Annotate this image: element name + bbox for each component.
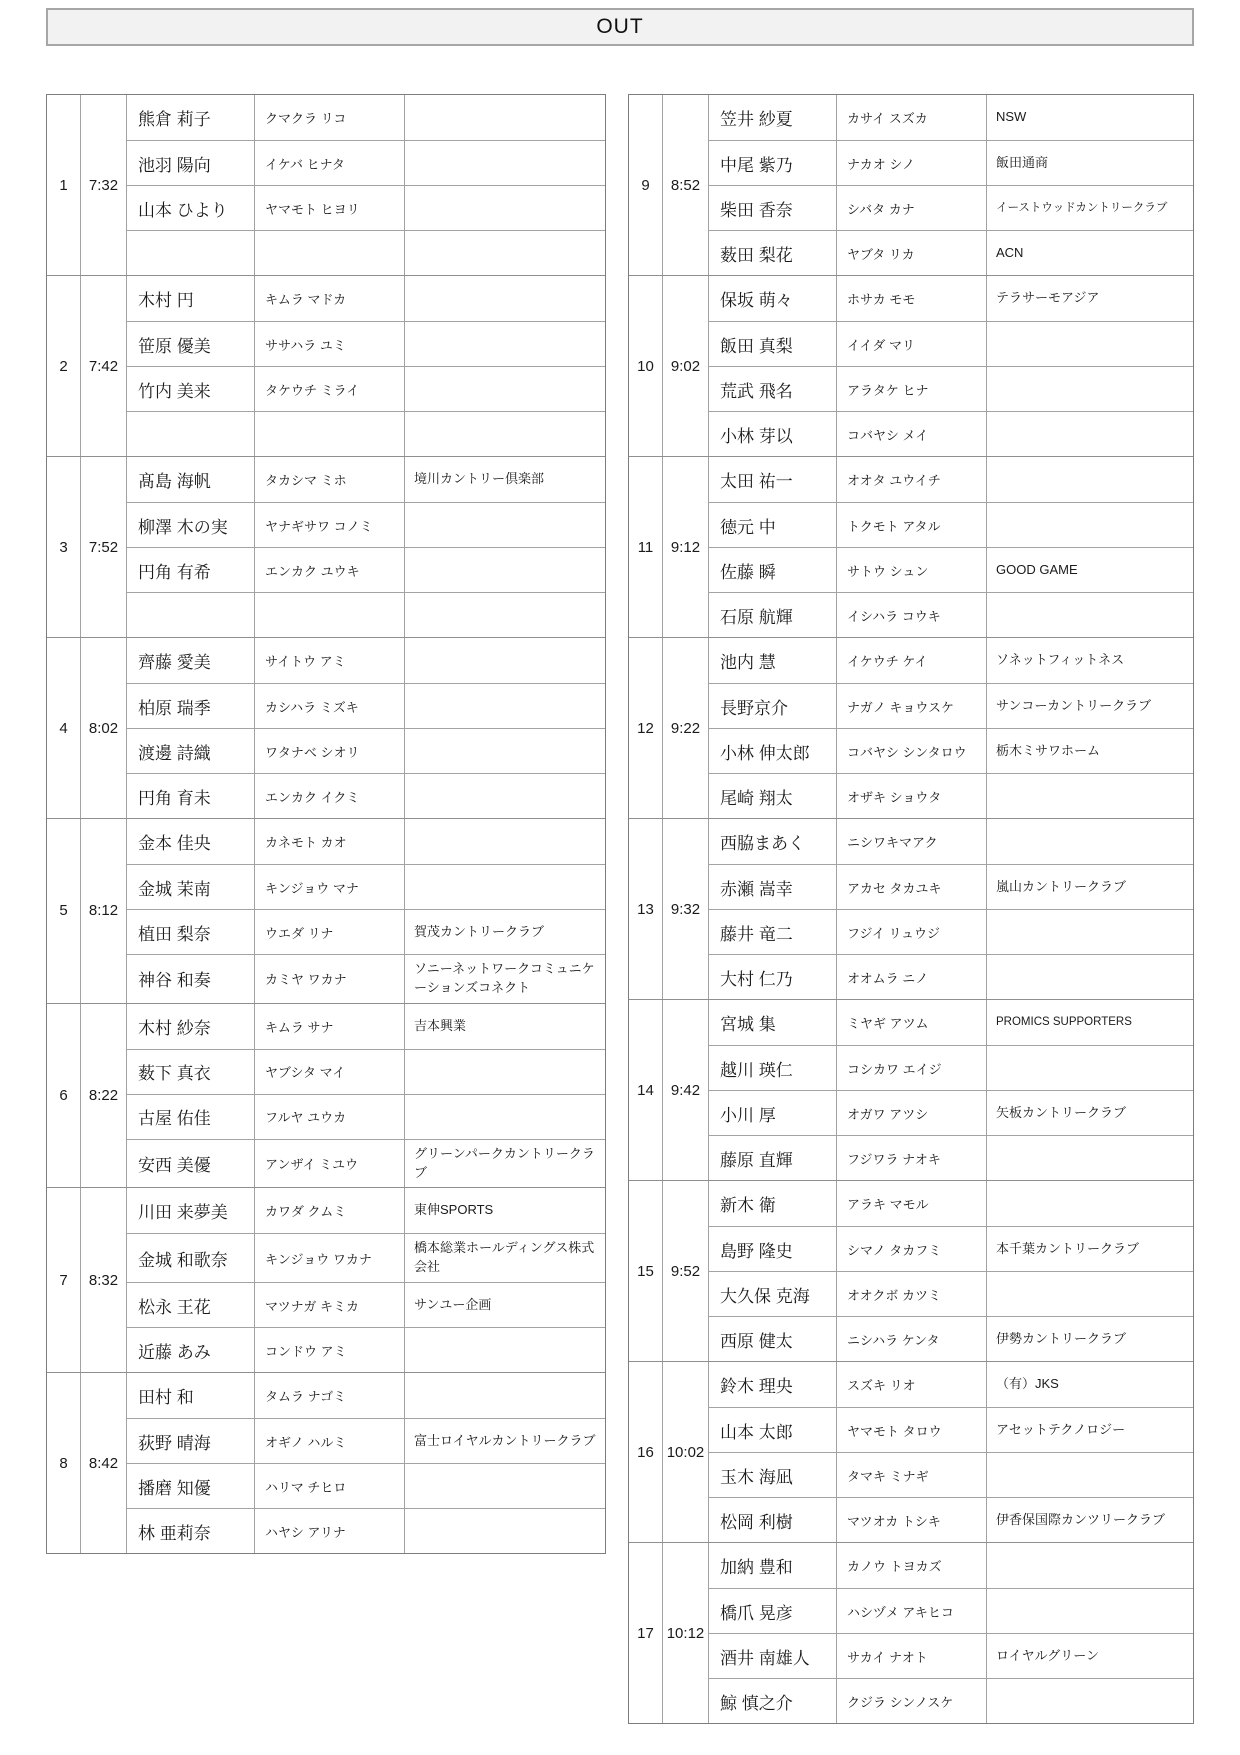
player-kana-cell: ホサカ モモ — [837, 276, 987, 321]
player-name-cell: 神谷 和奏 — [127, 954, 255, 1003]
player-club-cell: アセットテクノロジー — [987, 1407, 1193, 1452]
player-kana-cell: コバヤシ メイ — [837, 411, 987, 456]
player-name-cell: 薮下 真衣 — [127, 1049, 255, 1094]
player-name-cell — [127, 592, 255, 637]
player-club-cell — [987, 1135, 1193, 1180]
player-kana-cell: コバヤシ シンタロウ — [837, 728, 987, 773]
group-number-cell: 9 — [629, 95, 663, 275]
player-kana-cell — [255, 592, 405, 637]
tee-sheet-page: OUT 17:32熊倉 莉子クマクラ リコ池羽 陽向イケバ ヒナタ山本 ひよりヤ… — [0, 0, 1240, 1755]
player-club-cell: ACN — [987, 230, 1193, 275]
group-time-cell: 7:52 — [81, 457, 127, 637]
player-club-cell: ソネットフィットネス — [987, 638, 1193, 683]
player-name-cell: 藤井 竜二 — [709, 909, 837, 954]
player-kana-cell: アラタケ ヒナ — [837, 366, 987, 411]
player-name-cell: 鯨 慎之介 — [709, 1678, 837, 1723]
player-kana-cell: コンドウ アミ — [255, 1327, 405, 1372]
player-club-cell: PROMICS SUPPORTERS — [987, 1000, 1193, 1045]
tee-group-4: 48:02齊藤 愛美サイトウ アミ柏原 瑞季カシハラ ミズキ渡邊 詩織ワタナベ … — [47, 637, 605, 818]
player-name-cell: 藤原 直輝 — [709, 1135, 837, 1180]
player-kana-cell — [255, 411, 405, 456]
player-club-cell — [987, 502, 1193, 547]
group-time-cell: 7:42 — [81, 276, 127, 456]
player-club-cell — [987, 1452, 1193, 1497]
player-club-cell — [405, 230, 605, 275]
player-kana-cell: エンカク イクミ — [255, 773, 405, 818]
player-kana-cell: トクモト アタル — [837, 502, 987, 547]
player-name-cell: 笹原 優美 — [127, 321, 255, 366]
player-kana-cell: オザキ ショウタ — [837, 773, 987, 818]
player-club-cell — [405, 1508, 605, 1553]
player-club-cell — [987, 1678, 1193, 1723]
player-club-cell — [987, 457, 1193, 502]
player-name-cell: 荒武 飛名 — [709, 366, 837, 411]
group-time-cell: 8:22 — [81, 1004, 127, 1188]
tee-group-14: 149:42宮城 集ミヤギ アツムPROMICS SUPPORTERS越川 瑛仁… — [629, 999, 1193, 1180]
player-name-cell: 安西 美優 — [127, 1139, 255, 1188]
player-kana-cell: シバタ カナ — [837, 185, 987, 230]
player-club-cell — [405, 276, 605, 321]
player-kana-cell: シマノ タカフミ — [837, 1226, 987, 1271]
player-club-cell — [987, 1543, 1193, 1588]
player-name-cell: 玉木 海凪 — [709, 1452, 837, 1497]
player-club-cell — [405, 95, 605, 140]
group-number-cell: 1 — [47, 95, 81, 275]
player-kana-cell: ニシハラ ケンタ — [837, 1316, 987, 1361]
player-kana-cell: ヤマモト ヒヨリ — [255, 185, 405, 230]
player-kana-cell: カサイ スズカ — [837, 95, 987, 140]
player-kana-cell: ハシヅメ アキヒコ — [837, 1588, 987, 1633]
tee-group-13: 139:32西脇まあくニシワキマアク赤瀬 嵩幸アカセ タカユキ嵐山カントリークラ… — [629, 818, 1193, 999]
player-kana-cell: ニシワキマアク — [837, 819, 987, 864]
player-kana-cell: サカイ ナオト — [837, 1633, 987, 1678]
player-club-cell — [405, 638, 605, 683]
tee-group-10: 109:02保坂 萌々ホサカ モモテラサーモアジア飯田 真梨イイダ マリ荒武 飛… — [629, 275, 1193, 456]
player-kana-cell: アンザイ ミユウ — [255, 1139, 405, 1188]
player-name-cell: 髙島 海帆 — [127, 457, 255, 502]
player-name-cell: 松永 王花 — [127, 1282, 255, 1327]
tee-group-6: 68:22木村 紗奈キムラ サナ吉本興業薮下 真衣ヤブシタ マイ古屋 佑佳フルヤ… — [47, 1003, 605, 1188]
player-club-cell — [405, 1463, 605, 1508]
player-club-cell: 富士ロイヤルカントリークラブ — [405, 1418, 605, 1463]
player-kana-cell: コシカワ エイジ — [837, 1045, 987, 1090]
player-name-cell: 山本 太郎 — [709, 1407, 837, 1452]
player-club-cell — [987, 773, 1193, 818]
group-number-cell: 7 — [47, 1188, 81, 1372]
tee-group-3: 37:52髙島 海帆タカシマ ミホ境川カントリー倶楽部柳澤 木の実ヤナギサワ コ… — [47, 456, 605, 637]
player-name-cell: 金本 佳央 — [127, 819, 255, 864]
player-name-cell: 酒井 南雄人 — [709, 1633, 837, 1678]
player-kana-cell: キムラ サナ — [255, 1004, 405, 1049]
player-name-cell: 柏原 瑞季 — [127, 683, 255, 728]
player-kana-cell: マツナガ キミカ — [255, 1282, 405, 1327]
player-club-cell — [405, 321, 605, 366]
player-name-cell: 大村 仁乃 — [709, 954, 837, 999]
player-name-cell: 近藤 あみ — [127, 1327, 255, 1372]
player-name-cell: 宮城 集 — [709, 1000, 837, 1045]
player-club-cell — [405, 728, 605, 773]
player-name-cell: 越川 瑛仁 — [709, 1045, 837, 1090]
player-name-cell — [127, 411, 255, 456]
player-club-cell — [987, 1045, 1193, 1090]
player-name-cell: 橋爪 晃彦 — [709, 1588, 837, 1633]
player-club-cell — [987, 819, 1193, 864]
player-name-cell: 柴田 香奈 — [709, 185, 837, 230]
player-kana-cell: ワタナベ シオリ — [255, 728, 405, 773]
player-kana-cell: オオムラ ニノ — [837, 954, 987, 999]
group-number-cell: 5 — [47, 819, 81, 1003]
player-kana-cell: フルヤ ユウカ — [255, 1094, 405, 1139]
player-club-cell — [987, 909, 1193, 954]
player-club-cell: 矢板カントリークラブ — [987, 1090, 1193, 1135]
player-name-cell: 柳澤 木の実 — [127, 502, 255, 547]
player-kana-cell: キムラ マドカ — [255, 276, 405, 321]
player-club-cell — [405, 773, 605, 818]
player-kana-cell — [255, 230, 405, 275]
player-kana-cell: フジイ リュウジ — [837, 909, 987, 954]
player-kana-cell: マツオカ トシキ — [837, 1497, 987, 1542]
group-number-cell: 8 — [47, 1373, 81, 1553]
player-club-cell: 飯田通商 — [987, 140, 1193, 185]
group-time-cell: 9:52 — [663, 1181, 709, 1361]
player-club-cell — [987, 321, 1193, 366]
group-time-cell: 8:12 — [81, 819, 127, 1003]
player-kana-cell: ハヤシ アリナ — [255, 1508, 405, 1553]
player-club-cell — [405, 864, 605, 909]
group-number-cell: 10 — [629, 276, 663, 456]
player-kana-cell: オオクボ カツミ — [837, 1271, 987, 1316]
player-kana-cell: イケバ ヒナタ — [255, 140, 405, 185]
player-kana-cell: オガワ アツシ — [837, 1090, 987, 1135]
group-time-cell: 8:32 — [81, 1188, 127, 1372]
player-club-cell: 伊香保国際カンツリークラブ — [987, 1497, 1193, 1542]
player-name-cell: 川田 来夢美 — [127, 1188, 255, 1233]
player-club-cell — [987, 366, 1193, 411]
player-name-cell: 金城 和歌奈 — [127, 1233, 255, 1282]
tee-group-7: 78:32川田 来夢美カワダ クムミ東伸SPORTS金城 和歌奈キンジョウ ワカ… — [47, 1187, 605, 1372]
player-name-cell: 小林 伸太郎 — [709, 728, 837, 773]
player-club-cell — [405, 1049, 605, 1094]
player-name-cell: 西脇まあく — [709, 819, 837, 864]
player-name-cell: 西原 健太 — [709, 1316, 837, 1361]
player-club-cell: ソニーネットワークコミュニケーションズコネクト — [405, 954, 605, 1003]
player-club-cell: NSW — [987, 95, 1193, 140]
group-time-cell: 8:42 — [81, 1373, 127, 1553]
tee-group-17: 1710:12加納 豊和カノウ トヨカズ橋爪 晃彦ハシヅメ アキヒコ酒井 南雄人… — [629, 1542, 1193, 1723]
player-kana-cell: カノウ トヨカズ — [837, 1543, 987, 1588]
player-club-cell: 境川カントリー倶楽部 — [405, 457, 605, 502]
player-kana-cell: フジワラ ナオキ — [837, 1135, 987, 1180]
player-club-cell: グリーンパークカントリークラブ — [405, 1139, 605, 1188]
group-time-cell: 8:02 — [81, 638, 127, 818]
player-kana-cell: エンカク ユウキ — [255, 547, 405, 592]
player-name-cell: 木村 紗奈 — [127, 1004, 255, 1049]
player-kana-cell: ウエダ リナ — [255, 909, 405, 954]
player-club-cell: 吉本興業 — [405, 1004, 605, 1049]
tee-group-16: 1610:02鈴木 理央スズキ リオ（有）JKS山本 太郎ヤマモト タロウアセッ… — [629, 1361, 1193, 1542]
page-title: OUT — [596, 15, 643, 39]
player-name-cell: 池内 慧 — [709, 638, 837, 683]
player-name-cell: 飯田 真梨 — [709, 321, 837, 366]
player-name-cell: 石原 航輝 — [709, 592, 837, 637]
player-club-cell — [405, 502, 605, 547]
tee-table-right: 98:52笠井 紗夏カサイ スズカNSW中尾 紫乃ナカオ シノ飯田通商柴田 香奈… — [628, 94, 1194, 1724]
player-kana-cell: クジラ シンノスケ — [837, 1678, 987, 1723]
player-kana-cell: ヤマモト タロウ — [837, 1407, 987, 1452]
player-club-cell: 伊勢カントリークラブ — [987, 1316, 1193, 1361]
player-club-cell — [405, 185, 605, 230]
player-kana-cell: カワダ クムミ — [255, 1188, 405, 1233]
player-club-cell — [987, 1271, 1193, 1316]
group-number-cell: 4 — [47, 638, 81, 818]
player-club-cell — [987, 592, 1193, 637]
player-kana-cell: タムラ ナゴミ — [255, 1373, 405, 1418]
player-kana-cell: ナガノ キョウスケ — [837, 683, 987, 728]
player-name-cell: 加納 豊和 — [709, 1543, 837, 1588]
player-kana-cell: イケウチ ケイ — [837, 638, 987, 683]
player-club-cell: 賀茂カントリークラブ — [405, 909, 605, 954]
player-kana-cell: アカセ タカユキ — [837, 864, 987, 909]
player-kana-cell: ヤナギサワ コノミ — [255, 502, 405, 547]
player-kana-cell: キンジョウ ワカナ — [255, 1233, 405, 1282]
player-name-cell: 山本 ひより — [127, 185, 255, 230]
player-name-cell: 金城 茉南 — [127, 864, 255, 909]
player-club-cell — [405, 411, 605, 456]
group-time-cell: 9:02 — [663, 276, 709, 456]
player-name-cell: 小林 芽以 — [709, 411, 837, 456]
player-club-cell: 栃木ミサワホーム — [987, 728, 1193, 773]
player-kana-cell: オギノ ハルミ — [255, 1418, 405, 1463]
group-time-cell: 9:12 — [663, 457, 709, 637]
player-name-cell: 林 亜莉奈 — [127, 1508, 255, 1553]
player-club-cell — [405, 366, 605, 411]
player-kana-cell: カミヤ ワカナ — [255, 954, 405, 1003]
player-club-cell — [987, 411, 1193, 456]
group-time-cell: 10:02 — [663, 1362, 709, 1542]
group-number-cell: 17 — [629, 1543, 663, 1723]
player-name-cell: 赤瀬 嵩幸 — [709, 864, 837, 909]
group-time-cell: 7:32 — [81, 95, 127, 275]
player-club-cell — [405, 819, 605, 864]
player-kana-cell: サトウ シュン — [837, 547, 987, 592]
player-club-cell — [405, 683, 605, 728]
player-name-cell: 齊藤 愛美 — [127, 638, 255, 683]
player-kana-cell: タマキ ミナギ — [837, 1452, 987, 1497]
tee-table-left: 17:32熊倉 莉子クマクラ リコ池羽 陽向イケバ ヒナタ山本 ひよりヤマモト … — [46, 94, 606, 1554]
player-name-cell: 植田 梨奈 — [127, 909, 255, 954]
tee-group-2: 27:42木村 円キムラ マドカ笹原 優美ササハラ ユミ竹内 美来タケウチ ミラ… — [47, 275, 605, 456]
player-name-cell: 薮田 梨花 — [709, 230, 837, 275]
tee-group-11: 119:12太田 祐一オオタ ユウイチ徳元 中トクモト アタル佐藤 瞬サトウ シ… — [629, 456, 1193, 637]
player-name-cell: 竹内 美来 — [127, 366, 255, 411]
group-number-cell: 13 — [629, 819, 663, 999]
player-name-cell: 笠井 紗夏 — [709, 95, 837, 140]
player-kana-cell: サイトウ アミ — [255, 638, 405, 683]
player-name-cell: 松岡 利樹 — [709, 1497, 837, 1542]
player-kana-cell: タケウチ ミライ — [255, 366, 405, 411]
player-name-cell: 島野 隆史 — [709, 1226, 837, 1271]
player-club-cell: 橋本総業ホールディングス株式会社 — [405, 1233, 605, 1282]
group-time-cell: 9:42 — [663, 1000, 709, 1180]
player-club-cell — [405, 547, 605, 592]
player-name-cell: 鈴木 理央 — [709, 1362, 837, 1407]
player-name-cell: 熊倉 莉子 — [127, 95, 255, 140]
group-time-cell: 9:22 — [663, 638, 709, 818]
group-number-cell: 12 — [629, 638, 663, 818]
player-club-cell: サンコーカントリークラブ — [987, 683, 1193, 728]
player-name-cell: 徳元 中 — [709, 502, 837, 547]
player-kana-cell: アラキ マモル — [837, 1181, 987, 1226]
out-header-bar: OUT — [46, 8, 1194, 46]
player-club-cell — [987, 1181, 1193, 1226]
group-time-cell: 10:12 — [663, 1543, 709, 1723]
player-name-cell: 小川 厚 — [709, 1090, 837, 1135]
player-name-cell: 佐藤 瞬 — [709, 547, 837, 592]
player-club-cell — [405, 140, 605, 185]
group-number-cell: 2 — [47, 276, 81, 456]
tee-group-12: 129:22池内 慧イケウチ ケイソネットフィットネス長野京介ナガノ キョウスケ… — [629, 637, 1193, 818]
group-number-cell: 14 — [629, 1000, 663, 1180]
player-kana-cell: カシハラ ミズキ — [255, 683, 405, 728]
player-name-cell: 新木 衛 — [709, 1181, 837, 1226]
player-club-cell — [405, 592, 605, 637]
player-kana-cell: イイダ マリ — [837, 321, 987, 366]
player-name-cell: 尾崎 翔太 — [709, 773, 837, 818]
tee-group-9: 98:52笠井 紗夏カサイ スズカNSW中尾 紫乃ナカオ シノ飯田通商柴田 香奈… — [629, 95, 1193, 275]
group-number-cell: 3 — [47, 457, 81, 637]
group-number-cell: 16 — [629, 1362, 663, 1542]
player-kana-cell: ササハラ ユミ — [255, 321, 405, 366]
player-name-cell: 田村 和 — [127, 1373, 255, 1418]
player-name-cell: 渡邊 詩織 — [127, 728, 255, 773]
player-club-cell: ロイヤルグリーン — [987, 1633, 1193, 1678]
player-kana-cell: カネモト カオ — [255, 819, 405, 864]
player-kana-cell: クマクラ リコ — [255, 95, 405, 140]
tee-group-15: 159:52新木 衛アラキ マモル島野 隆史シマノ タカフミ本千葉カントリークラ… — [629, 1180, 1193, 1361]
player-kana-cell: オオタ ユウイチ — [837, 457, 987, 502]
player-club-cell: テラサーモアジア — [987, 276, 1193, 321]
player-name-cell: 中尾 紫乃 — [709, 140, 837, 185]
player-name-cell: 円角 有希 — [127, 547, 255, 592]
group-time-cell: 8:52 — [663, 95, 709, 275]
player-kana-cell: スズキ リオ — [837, 1362, 987, 1407]
player-name-cell: 大久保 克海 — [709, 1271, 837, 1316]
player-club-cell — [405, 1094, 605, 1139]
player-kana-cell: ミヤギ アツム — [837, 1000, 987, 1045]
player-club-cell — [987, 1588, 1193, 1633]
tee-group-8: 88:42田村 和タムラ ナゴミ荻野 晴海オギノ ハルミ富士ロイヤルカントリーク… — [47, 1372, 605, 1553]
tee-group-1: 17:32熊倉 莉子クマクラ リコ池羽 陽向イケバ ヒナタ山本 ひよりヤマモト … — [47, 95, 605, 275]
player-club-cell — [405, 1373, 605, 1418]
player-club-cell: 東伸SPORTS — [405, 1188, 605, 1233]
player-name-cell: 木村 円 — [127, 276, 255, 321]
player-name-cell: 太田 祐一 — [709, 457, 837, 502]
player-kana-cell: ヤブシタ マイ — [255, 1049, 405, 1094]
player-club-cell: イーストウッドカントリークラブ — [987, 185, 1193, 230]
player-club-cell — [987, 954, 1193, 999]
player-kana-cell: ナカオ シノ — [837, 140, 987, 185]
player-club-cell: 嵐山カントリークラブ — [987, 864, 1193, 909]
player-name-cell: 保坂 萌々 — [709, 276, 837, 321]
player-name-cell: 円角 育未 — [127, 773, 255, 818]
player-name-cell: 池羽 陽向 — [127, 140, 255, 185]
player-name-cell — [127, 230, 255, 275]
player-club-cell: GOOD GAME — [987, 547, 1193, 592]
player-kana-cell: キンジョウ マナ — [255, 864, 405, 909]
player-name-cell: 長野京介 — [709, 683, 837, 728]
player-club-cell: （有）JKS — [987, 1362, 1193, 1407]
tee-group-5: 58:12金本 佳央カネモト カオ金城 茉南キンジョウ マナ植田 梨奈ウエダ リ… — [47, 818, 605, 1003]
player-name-cell: 古屋 佑佳 — [127, 1094, 255, 1139]
player-name-cell: 播磨 知優 — [127, 1463, 255, 1508]
player-club-cell — [405, 1327, 605, 1372]
group-number-cell: 15 — [629, 1181, 663, 1361]
player-club-cell: 本千葉カントリークラブ — [987, 1226, 1193, 1271]
group-number-cell: 11 — [629, 457, 663, 637]
group-number-cell: 6 — [47, 1004, 81, 1188]
group-time-cell: 9:32 — [663, 819, 709, 999]
player-kana-cell: イシハラ コウキ — [837, 592, 987, 637]
player-kana-cell: タカシマ ミホ — [255, 457, 405, 502]
player-kana-cell: ハリマ チヒロ — [255, 1463, 405, 1508]
player-kana-cell: ヤブタ リカ — [837, 230, 987, 275]
tee-tables-container: 17:32熊倉 莉子クマクラ リコ池羽 陽向イケバ ヒナタ山本 ひよりヤマモト … — [46, 94, 1194, 1724]
player-name-cell: 荻野 晴海 — [127, 1418, 255, 1463]
player-club-cell: サンユー企画 — [405, 1282, 605, 1327]
